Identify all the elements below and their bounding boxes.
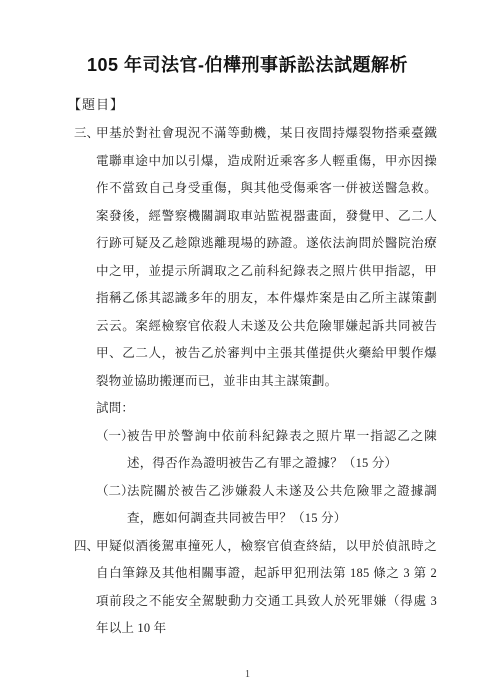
question-4-body: 甲疑似酒後駕車撞死人，檢察官偵查終結，以甲於偵訊時之自白筆錄及其他相關事證，起訴… xyxy=(96,533,437,643)
question-3: 三、 甲基於對社會現況不滿等動機，某日夜間持爆裂物搭乘臺鐵電聯車途中加以引爆，造… xyxy=(74,120,437,533)
page-number: 1 xyxy=(0,669,495,680)
page-title: 105 年司法官-伯樺刑事訴訟法試題解析 xyxy=(0,0,495,78)
document-page: 105 年司法官-伯樺刑事訴訟法試題解析 【題目】 三、 甲基於對社會現況不滿等… xyxy=(0,0,495,700)
subquestion-1-number: （一） xyxy=(96,423,127,451)
question-3-number: 三、 xyxy=(74,120,96,148)
question-4-number: 四、 xyxy=(74,533,96,561)
question-4-text: 甲疑似酒後駕車撞死人，檢察官偵查終結，以甲於偵訊時之自白筆錄及其他相關事證，起訴… xyxy=(96,533,437,643)
subquestion-2: （二） 法院關於被告乙涉嫌殺人未遂及公共危險罪之證據調查，應如何調查共同被告甲？… xyxy=(96,478,437,533)
question-3-text: 甲基於對社會現況不滿等動機，某日夜間持爆裂物搭乘臺鐵電聯車途中加以引爆，造成附近… xyxy=(96,120,437,395)
subquestion-1-text: 被告甲於警詢中依前科紀錄表之照片單一指認乙之陳述，得否作為證明被告乙有罪之證據？… xyxy=(127,423,437,478)
question-3-prompt: 試問： xyxy=(96,395,437,423)
question-3-body: 甲基於對社會現況不滿等動機，某日夜間持爆裂物搭乘臺鐵電聯車途中加以引爆，造成附近… xyxy=(96,120,437,533)
subquestion-2-text: 法院關於被告乙涉嫌殺人未遂及公共危險罪之證據調查，應如何調查共同被告甲？（15 … xyxy=(127,478,437,533)
document-body: 三、 甲基於對社會現況不滿等動機，某日夜間持爆裂物搭乘臺鐵電聯車途中加以引爆，造… xyxy=(74,120,437,643)
subquestion-1: （一） 被告甲於警詢中依前科紀錄表之照片單一指認乙之陳述，得否作為證明被告乙有罪… xyxy=(96,423,437,478)
subquestion-2-number: （二） xyxy=(96,478,127,506)
section-label-question: 【題目】 xyxy=(68,91,495,118)
question-4: 四、 甲疑似酒後駕車撞死人，檢察官偵查終結，以甲於偵訊時之自白筆錄及其他相關事證… xyxy=(74,533,437,643)
